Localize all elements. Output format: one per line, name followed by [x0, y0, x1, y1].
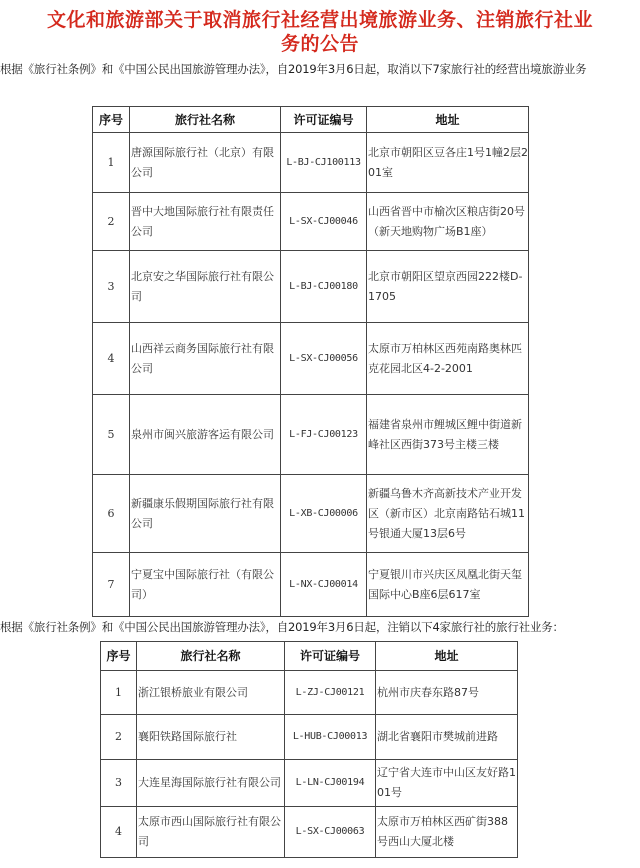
agency-address: 太原市万柏林区西矿街388号西山大厦北楼 [376, 807, 518, 858]
header-license: 许可证编号 [285, 642, 376, 671]
header-index: 序号 [93, 107, 130, 133]
row-index: 6 [93, 475, 130, 553]
table-row: 4 山西祥云商务国际旅行社有限公司 L-SX-CJ00056 太原市万柏林区西苑… [93, 323, 529, 395]
row-index: 4 [101, 807, 137, 858]
table-row: 4 太原市西山国际旅行社有限公司 L-SX-CJ00063 太原市万柏林区西矿街… [101, 807, 518, 858]
row-index: 3 [101, 760, 137, 807]
agency-address: 宁夏银川市兴庆区凤凰北街天玺国际中心B座6层617室 [367, 553, 529, 617]
cancelled-outbound-table: 序号 旅行社名称 许可证编号 地址 1 唐源国际旅行社（北京）有限公司 L-BJ… [92, 106, 529, 617]
license-number: L-XB-CJ00006 [281, 475, 367, 553]
agency-address: 北京市朝阳区豆各庄1号1幢2层201室 [367, 133, 529, 193]
license-number: L-BJ-CJ100113 [281, 133, 367, 193]
header-name: 旅行社名称 [137, 642, 285, 671]
agency-name: 北京安之华国际旅行社有限公司 [130, 251, 281, 323]
row-index: 4 [93, 323, 130, 395]
title-line-1: 文化和旅游部关于取消旅行社经营出境旅游业务、注销旅行社业 [0, 8, 640, 32]
table-row: 7 宁夏宝中国际旅行社（有限公司） L-NX-CJ00014 宁夏银川市兴庆区凤… [93, 553, 529, 617]
license-number: L-SX-CJ00063 [285, 807, 376, 858]
license-number: L-SX-CJ00046 [281, 193, 367, 251]
agency-name: 襄阳铁路国际旅行社 [137, 715, 285, 760]
agency-address: 新疆乌鲁木齐高新技术产业开发区（新市区）北京南路钻石城11号银通大厦13层6号 [367, 475, 529, 553]
agency-name: 新疆康乐假期国际旅行社有限公司 [130, 475, 281, 553]
agency-address: 杭州市庆春东路87号 [376, 671, 518, 715]
agency-name: 泉州市闽兴旅游客运有限公司 [130, 395, 281, 475]
table-row: 1 唐源国际旅行社（北京）有限公司 L-BJ-CJ100113 北京市朝阳区豆各… [93, 133, 529, 193]
license-number: L-FJ-CJ00123 [281, 395, 367, 475]
header-license: 许可证编号 [281, 107, 367, 133]
row-index: 2 [101, 715, 137, 760]
license-number: L-NX-CJ00014 [281, 553, 367, 617]
page-title: 文化和旅游部关于取消旅行社经营出境旅游业务、注销旅行社业 务的公告 [0, 8, 640, 56]
table-row: 3 北京安之华国际旅行社有限公司 L-BJ-CJ00180 北京市朝阳区望京西园… [93, 251, 529, 323]
agency-address: 湖北省襄阳市樊城前进路 [376, 715, 518, 760]
row-index: 3 [93, 251, 130, 323]
agency-address: 北京市朝阳区望京西园222楼D-1705 [367, 251, 529, 323]
agency-address: 太原市万柏林区西苑南路奥林匹克花园北区4-2-2001 [367, 323, 529, 395]
title-line-2: 务的公告 [0, 32, 640, 56]
agency-name: 太原市西山国际旅行社有限公司 [137, 807, 285, 858]
agency-address: 山西省晋中市榆次区粮店街20号（新天地购物广场B1座） [367, 193, 529, 251]
license-number: L-SX-CJ00056 [281, 323, 367, 395]
table-header-row: 序号 旅行社名称 许可证编号 地址 [101, 642, 518, 671]
header-name: 旅行社名称 [130, 107, 281, 133]
table-row: 5 泉州市闽兴旅游客运有限公司 L-FJ-CJ00123 福建省泉州市鲤城区鲤中… [93, 395, 529, 475]
row-index: 2 [93, 193, 130, 251]
table-row: 2 襄阳铁路国际旅行社 L-HUB-CJ00013 湖北省襄阳市樊城前进路 [101, 715, 518, 760]
license-number: L-ZJ-CJ00121 [285, 671, 376, 715]
agency-name: 大连星海国际旅行社有限公司 [137, 760, 285, 807]
agency-name: 浙江银桥旅业有限公司 [137, 671, 285, 715]
row-index: 5 [93, 395, 130, 475]
agency-name: 宁夏宝中国际旅行社（有限公司） [130, 553, 281, 617]
table-row: 6 新疆康乐假期国际旅行社有限公司 L-XB-CJ00006 新疆乌鲁木齐高新技… [93, 475, 529, 553]
agency-name: 唐源国际旅行社（北京）有限公司 [130, 133, 281, 193]
row-index: 7 [93, 553, 130, 617]
row-index: 1 [93, 133, 130, 193]
table-row: 3 大连星海国际旅行社有限公司 L-LN-CJ00194 辽宁省大连市中山区友好… [101, 760, 518, 807]
table-header-row: 序号 旅行社名称 许可证编号 地址 [93, 107, 529, 133]
deregistered-agencies-table: 序号 旅行社名称 许可证编号 地址 1 浙江银桥旅业有限公司 L-ZJ-CJ00… [100, 641, 518, 858]
table-row: 2 晋中大地国际旅行社有限责任公司 L-SX-CJ00046 山西省晋中市榆次区… [93, 193, 529, 251]
table-row: 1 浙江银桥旅业有限公司 L-ZJ-CJ00121 杭州市庆春东路87号 [101, 671, 518, 715]
section2-intro: 根据《旅行社条例》和《中国公民出国旅游管理办法》，自2019年3月6日起，注销以… [0, 619, 564, 635]
agency-address: 福建省泉州市鲤城区鲤中街道新峰社区西街373号主楼三楼 [367, 395, 529, 475]
header-index: 序号 [101, 642, 137, 671]
header-address: 地址 [376, 642, 518, 671]
agency-name: 山西祥云商务国际旅行社有限公司 [130, 323, 281, 395]
license-number: L-LN-CJ00194 [285, 760, 376, 807]
agency-address: 辽宁省大连市中山区友好路101号 [376, 760, 518, 807]
row-index: 1 [101, 671, 137, 715]
license-number: L-HUB-CJ00013 [285, 715, 376, 760]
section1-intro: 根据《旅行社条例》和《中国公民出国旅游管理办法》，自2019年3月6日起，取消以… [0, 61, 586, 77]
license-number: L-BJ-CJ00180 [281, 251, 367, 323]
agency-name: 晋中大地国际旅行社有限责任公司 [130, 193, 281, 251]
header-address: 地址 [367, 107, 529, 133]
